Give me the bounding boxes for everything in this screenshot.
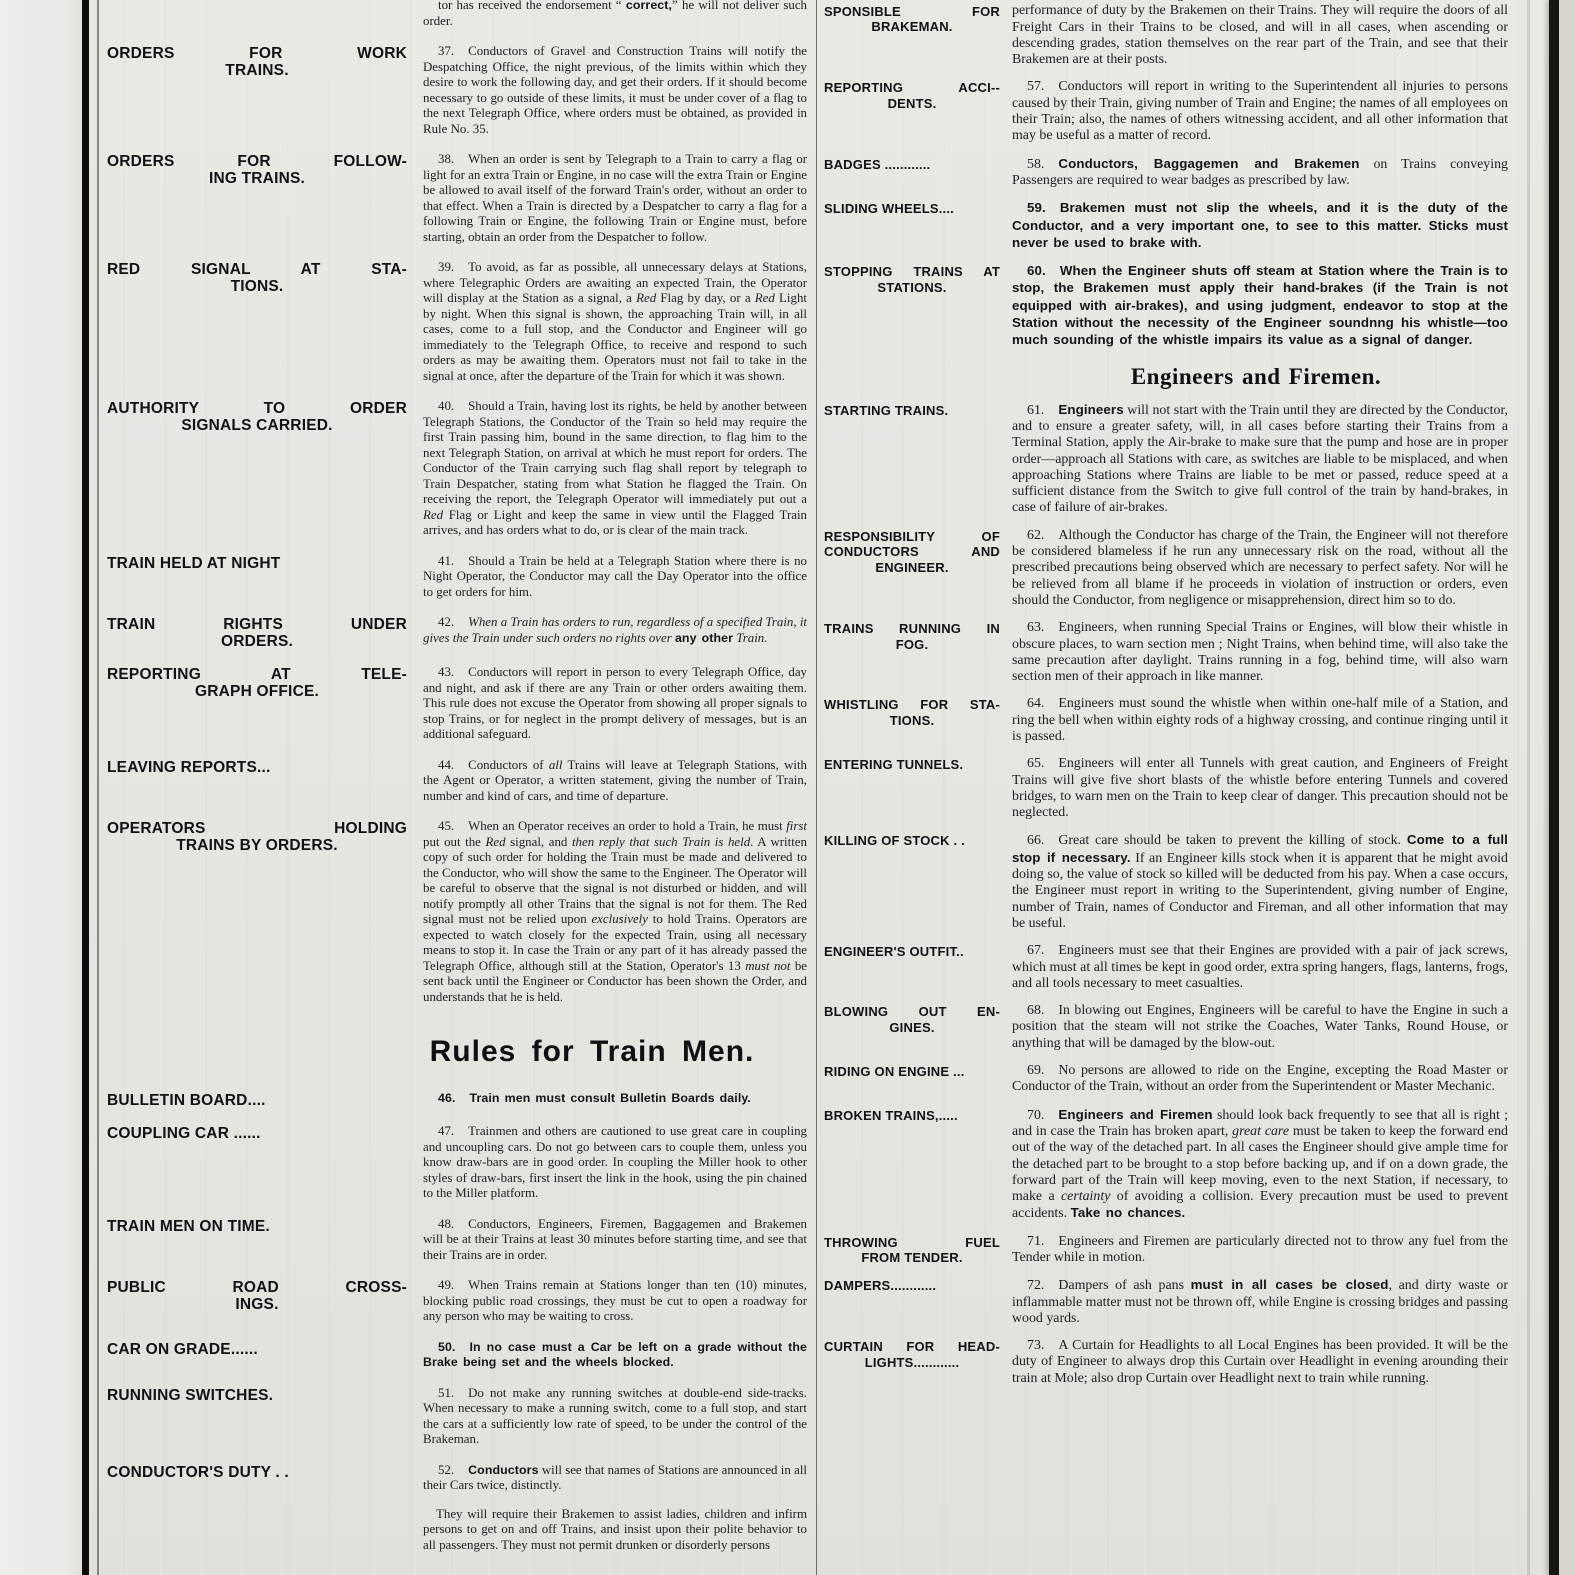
rule-row: AUTHORITY TO ORDERSIGNALS CARRIED. 40.Sh…: [107, 399, 807, 539]
rule-paragraph: 44.Conductors of all Trains will leave a…: [423, 758, 807, 805]
text-segment: Conductors will report in writing to the…: [1012, 79, 1508, 143]
rule-row: KILLING OF STOCK . . 66.Great care shoul…: [824, 832, 1508, 932]
rule-label-line: FROM TENDER.: [824, 1250, 1000, 1266]
rule-margin-label: KILLING OF STOCK . .: [824, 832, 1000, 932]
text-segment: signal, and: [506, 835, 572, 849]
rule-number: 43.: [438, 665, 454, 679]
rule-text: 64.Engineers must sound the whistle when…: [1012, 696, 1508, 745]
text-segment: Flag or Light and keep the same in view …: [423, 508, 807, 538]
rule-text: 41.Should a Train be held at a Telegraph…: [423, 554, 807, 601]
rule-row: TRAIN MEN ON TIME. 48.Conductors, Engine…: [107, 1217, 807, 1264]
text-segment: all: [549, 758, 563, 772]
rule-text: 70.Engineers and Firemen should look bac…: [1012, 1107, 1508, 1223]
rule-number: 56.: [1027, 0, 1044, 2]
rule-label-line: TIONS.: [824, 713, 1000, 729]
text-segment: Conductors of Freight Trains will be hel…: [1012, 0, 1508, 67]
text-segment: must not: [745, 959, 790, 973]
rule-paragraph: 72.Dampers of ash pans must in all cases…: [1012, 1277, 1508, 1327]
rule-text: 68.In blowing out Engines, Engineers wil…: [1012, 1003, 1508, 1052]
rule-paragraph: 48.Conductors, Engineers, Firemen, Bagga…: [423, 1217, 807, 1264]
rule-label-line: RUNNING SWITCHES.: [107, 1387, 407, 1404]
rule-paragraph: tor has received the endorsement “ corre…: [423, 0, 807, 29]
rule-text: 62.Although the Conductor has charge of …: [1012, 528, 1508, 609]
rule-label-line: SIGNALS CARRIED.: [107, 417, 407, 434]
rule-label-line: ORDERS FOR FOLLOW-: [107, 153, 407, 170]
text-segment: In no case must a Car be left on a grade…: [423, 1340, 807, 1370]
rule-text: 71.Engineers and Firemen are particularl…: [1012, 1234, 1508, 1267]
rule-number: 47.: [438, 1124, 454, 1138]
rule-number: 69.: [1027, 1063, 1044, 1078]
rule-paragraph: 58.Conductors, Baggagemen and Brakemen o…: [1012, 156, 1508, 190]
rule-paragraph: 59.Brakemen must not slip the wheels, an…: [1012, 200, 1508, 252]
rule-row: TRAIN HELD AT NIGHT 41.Should a Train be…: [107, 554, 807, 601]
left-border-rule: [82, 0, 89, 1575]
text-segment: tor has received the endorsement “: [438, 0, 626, 12]
rule-text: 43.Conductors will report in person to e…: [423, 665, 807, 743]
rule-margin-label: STARTING TRAINS.: [824, 402, 1000, 517]
rule-label-line: OPERATORS HOLDING: [107, 820, 407, 837]
rule-label-line: ORDERS FOR WORK: [107, 45, 407, 62]
text-segment: great care: [1232, 1124, 1289, 1139]
rule-row: THROWING FUELFROM TENDER. 71.Engineers a…: [824, 1234, 1508, 1267]
rule-label-line: CONDUCTORS RE-: [824, 0, 1000, 4]
rule-margin-label: LEAVING REPORTS...: [107, 758, 407, 805]
rule-row: BLOWING OUT EN-GINES. 68.In blowing out …: [824, 1003, 1508, 1052]
rule-margin-label: STOPPING TRAINS ATSTATIONS.: [824, 263, 1000, 349]
rule-label-line: REPORTING ACCI--: [824, 80, 1000, 96]
text-segment: Although the Conductor has charge of the…: [1012, 528, 1508, 608]
rule-margin-label: TRAIN HELD AT NIGHT: [107, 554, 407, 601]
text-segment: Engineers, when running Special Trains o…: [1012, 620, 1508, 684]
rule-row: STOPPING TRAINS ATSTATIONS. 60.When the …: [824, 263, 1508, 349]
rule-label-line: THROWING FUEL: [824, 1235, 1000, 1251]
text-segment: will not start with the Train until they…: [1012, 403, 1508, 516]
rule-label-line: STOPPING TRAINS AT: [824, 264, 1000, 280]
rule-margin-label: BROKEN TRAINS,.....: [824, 1107, 1000, 1223]
rule-label-line: LIGHTS............: [824, 1355, 1000, 1371]
rule-row: PUBLIC ROAD CROSS-INGS. 49.When Trains r…: [107, 1278, 807, 1325]
rule-text: 67.Engineers must see that their Engines…: [1012, 943, 1508, 992]
text-segment: Engineers: [1058, 402, 1123, 417]
rule-number: 38.: [438, 152, 454, 166]
rule-paragraph: 65.Engineers will enter all Tunnels with…: [1012, 756, 1508, 821]
rule-text: 59.Brakemen must not slip the wheels, an…: [1012, 200, 1508, 252]
rule-label-line: AUTHORITY TO ORDER: [107, 400, 407, 417]
text-segment: Brakemen must not slip the wheels, and i…: [1012, 200, 1508, 250]
rule-label-line: RED SIGNAL AT STA-: [107, 261, 407, 278]
text-segment: When Trains remain at Stations longer th…: [423, 1278, 807, 1323]
rule-paragraph: 39.To avoid, as far as possible, all unn…: [423, 260, 807, 384]
rule-margin-label: ORDERS FOR WORKTRAINS.: [107, 44, 407, 137]
text-segment: In blowing out Engines, Engineers will b…: [1012, 1003, 1508, 1051]
rule-number: 59.: [1027, 200, 1046, 215]
rule-label-line: CONDUCTORS AND: [824, 544, 1000, 560]
rule-label-line: SLIDING WHEELS....: [824, 201, 1000, 217]
rule-paragraph: 63.Engineers, when running Special Train…: [1012, 620, 1508, 685]
rule-paragraph: 66.Great care should be taken to prevent…: [1012, 832, 1508, 932]
rule-number: 73.: [1027, 1338, 1044, 1353]
rule-number: 71.: [1027, 1234, 1044, 1249]
right-scan-margin: [1559, 0, 1575, 1575]
rule-label-line: TRAINS BY ORDERS.: [107, 837, 407, 854]
rule-paragraph: 52.Conductors will see that names of Sta…: [423, 1463, 807, 1494]
rule-row: BULLETIN BOARD.... 46.Train men must con…: [107, 1091, 807, 1109]
rule-paragraph: 61.Engineers will not start with the Tra…: [1012, 402, 1508, 517]
rule-text: 47.Trainmen and others are cautioned to …: [423, 1124, 807, 1202]
rule-margin-label: RIDING ON ENGINE ...: [824, 1063, 1000, 1096]
rule-label-line: WHISTLING FOR STA-: [824, 697, 1000, 713]
rule-margin-label: ENTERING TUNNELS.: [824, 756, 1000, 821]
rule-margin-label: ORDERS FOR FOLLOW-ING TRAINS.: [107, 152, 407, 245]
rule-number: 63.: [1027, 620, 1044, 635]
text-segment: Trainmen and others are cautioned to use…: [423, 1124, 807, 1200]
rule-paragraph: 45.When an Operator receives an order to…: [423, 819, 807, 1005]
text-segment: Red: [636, 291, 656, 305]
rule-paragraph: 56.Conductors of Freight Trains will be …: [1012, 0, 1508, 68]
rule-label-line: ENTERING TUNNELS.: [824, 757, 1000, 773]
rule-text: 73.A Curtain for Headlights to all Local…: [1012, 1338, 1508, 1387]
rule-row: ORDERS FOR FOLLOW-ING TRAINS. 38.When an…: [107, 152, 807, 245]
text-segment: They will require their Brakemen to assi…: [423, 1507, 807, 1552]
rule-number: 39.: [438, 260, 454, 274]
rule-paragraph: 40.Should a Train, having lost its right…: [423, 399, 807, 539]
rule-paragraph: 70.Engineers and Firemen should look bac…: [1012, 1107, 1508, 1223]
rule-label-line: BRAKEMAN.: [824, 19, 1000, 35]
rule-label-line: SPONSIBLE FOR: [824, 4, 1000, 20]
rule-paragraph: 67.Engineers must see that their Engines…: [1012, 943, 1508, 992]
rule-number: 48.: [438, 1217, 454, 1231]
rule-paragraph: 46.Train men must consult Bulletin Board…: [423, 1091, 807, 1107]
text-segment: Conductors: [468, 1463, 538, 1477]
rule-label-line: TRAIN HELD AT NIGHT: [107, 555, 407, 572]
text-segment: Conductors, Baggagemen and Brakemen: [1058, 156, 1359, 171]
text-segment: No persons are allowed to ride on the En…: [1012, 1063, 1508, 1094]
rule-row: RUNNING SWITCHES. 51.Do not make any run…: [107, 1386, 807, 1448]
rule-text: 39.To avoid, as far as possible, all unn…: [423, 260, 807, 384]
left-column: tor has received the endorsement “ corre…: [107, 0, 807, 1568]
rule-text: 66.Great care should be taken to prevent…: [1012, 832, 1508, 932]
rule-paragraph: 37.Conductors of Gravel and Construction…: [423, 44, 807, 137]
rule-label-line: RESPONSIBILITY OF: [824, 529, 1000, 545]
rule-margin-label: THROWING FUELFROM TENDER.: [824, 1234, 1000, 1267]
rule-paragraph: 49.When Trains remain at Stations longer…: [423, 1278, 807, 1325]
rule-number: 61.: [1027, 403, 1044, 418]
rule-text: 61.Engineers will not start with the Tra…: [1012, 402, 1508, 517]
rule-number: 60.: [1027, 263, 1046, 278]
rule-paragraph: 51.Do not make any running switches at d…: [423, 1386, 807, 1448]
rule-margin-label: REPORTING ACCI--DENTS.: [824, 79, 1000, 144]
text-segment: Red: [423, 508, 443, 522]
rule-row: CONDUCTOR'S DUTY . . 52.Conductors will …: [107, 1463, 807, 1554]
rule-number: 52.: [438, 1463, 454, 1477]
text-segment: first: [786, 819, 807, 833]
left-border-thin-rule: [97, 0, 99, 1575]
text-segment: Engineers must see that their Engines ar…: [1012, 943, 1508, 991]
rule-text: 44.Conductors of all Trains will leave a…: [423, 758, 807, 805]
rule-text: 45.When an Operator receives an order to…: [423, 819, 807, 1005]
rule-text: 49.When Trains remain at Stations longer…: [423, 1278, 807, 1325]
rule-label-line: FOG.: [824, 637, 1000, 653]
rule-label-line: TRAIN MEN ON TIME.: [107, 1218, 407, 1235]
right-page-crease: [1527, 0, 1530, 1575]
rule-row: OPERATORS HOLDINGTRAINS BY ORDERS. 45.Wh…: [107, 819, 807, 1005]
rule-text: 46.Train men must consult Bulletin Board…: [423, 1091, 807, 1109]
rule-number: 46.: [438, 1091, 456, 1105]
section-heading: Rules for Train Men.: [107, 1035, 807, 1069]
rule-margin-label: TRAIN MEN ON TIME.: [107, 1217, 407, 1264]
rule-label-line: LEAVING REPORTS...: [107, 759, 407, 776]
rule-margin-label: PUBLIC ROAD CROSS-INGS.: [107, 1278, 407, 1325]
rule-row: ORDERS FOR WORKTRAINS. 37.Conductors of …: [107, 44, 807, 137]
rule-row: RESPONSIBILITY OFCONDUCTORS ANDENGINEER.…: [824, 528, 1508, 609]
rule-margin-label: RUNNING SWITCHES.: [107, 1386, 407, 1448]
text-segment: Train.: [733, 631, 767, 645]
section-heading: Engineers and Firemen.: [824, 364, 1508, 390]
rule-margin-label: RESPONSIBILITY OFCONDUCTORS ANDENGINEER.: [824, 528, 1000, 609]
rule-label-line: TRAINS RUNNING IN: [824, 621, 1000, 637]
rule-row: BADGES ............ 58.Conductors, Bagga…: [824, 156, 1508, 190]
text-segment: Engineers and Firemen: [1058, 1107, 1212, 1122]
rule-paragraph: 41.Should a Train be held at a Telegraph…: [423, 554, 807, 601]
rule-text: 50.In no case must a Car be left on a gr…: [423, 1340, 807, 1371]
rule-label-line: BADGES ............: [824, 157, 1000, 173]
rule-margin-label: TRAIN RIGHTS UNDERORDERS.: [107, 615, 407, 650]
rule-text: 58.Conductors, Baggagemen and Brakemen o…: [1012, 156, 1508, 190]
text-segment: Great care should be taken to prevent th…: [1058, 833, 1406, 848]
rule-label-line: STATIONS.: [824, 280, 1000, 296]
rule-margin-label: REPORTING AT TELE-GRAPH OFFICE.: [107, 665, 407, 743]
rule-label-line: PUBLIC ROAD CROSS-: [107, 1279, 407, 1296]
right-border-rule: [1549, 0, 1559, 1575]
text-segment: Flag by day, or a: [656, 291, 755, 305]
rule-text: tor has received the endorsement “ corre…: [423, 0, 807, 29]
rule-label-line: CAR ON GRADE......: [107, 1341, 407, 1358]
rule-paragraph: 50.In no case must a Car be left on a gr…: [423, 1340, 807, 1371]
text-segment: Engineers must sound the whistle when wi…: [1012, 696, 1508, 744]
rule-number: 51.: [438, 1386, 454, 1400]
text-segment: When an Operator receives an order to ho…: [468, 819, 786, 833]
rule-label-line: ENGINEER.: [824, 560, 1000, 576]
text-segment: Take no chances.: [1071, 1205, 1186, 1220]
rule-row: COUPLING CAR ...... 47.Trainmen and othe…: [107, 1124, 807, 1202]
text-segment: Should a Train, having lost its rights, …: [423, 399, 807, 506]
rule-paragraph: 73.A Curtain for Headlights to all Local…: [1012, 1338, 1508, 1387]
text-segment: Red: [755, 291, 775, 305]
rule-number: 66.: [1027, 833, 1044, 848]
rule-text: 60.When the Engineer shuts off steam at …: [1012, 263, 1508, 349]
rule-paragraph: 62.Although the Conductor has charge of …: [1012, 528, 1508, 609]
rule-text: 72.Dampers of ash pans must in all cases…: [1012, 1277, 1508, 1327]
rule-number: 40.: [438, 399, 454, 413]
rule-row: RED SIGNAL AT STA-TIONS. 39.To avoid, as…: [107, 260, 807, 384]
rule-text: 57.Conductors will report in writing to …: [1012, 79, 1508, 144]
rule-label-line: RIDING ON ENGINE ...: [824, 1064, 1000, 1080]
rule-label-line: KILLING OF STOCK . .: [824, 833, 1000, 849]
text-segment: any other: [675, 631, 733, 645]
text-segment: Conductors will report in person to ever…: [423, 665, 807, 741]
rule-number: 41.: [438, 554, 454, 568]
rule-label-line: ENGINEER'S OUTFIT..: [824, 944, 1000, 960]
rule-margin-label: DAMPERS............: [824, 1277, 1000, 1327]
text-segment: Engineers will enter all Tunnels with gr…: [1012, 756, 1508, 820]
text-segment: then reply that such Train is held: [572, 835, 750, 849]
rule-row: SLIDING WHEELS.... 59.Brakemen must not …: [824, 200, 1508, 252]
rule-number: 64.: [1027, 696, 1044, 711]
rule-paragraph: 42.When a Train has orders to run, regar…: [423, 615, 807, 646]
text-segment: Train men must consult Bulletin Boards d…: [470, 1091, 751, 1105]
rule-text: 42.When a Train has orders to run, regar…: [423, 615, 807, 650]
text-segment: A Curtain for Headlights to all Local En…: [1012, 1338, 1508, 1386]
rule-paragraph: 68.In blowing out Engines, Engineers wil…: [1012, 1003, 1508, 1052]
rule-text: 52.Conductors will see that names of Sta…: [423, 1463, 807, 1554]
rule-margin-label: TRAINS RUNNING INFOG.: [824, 620, 1000, 685]
rule-row: TRAINS RUNNING INFOG. 63.Engineers, when…: [824, 620, 1508, 685]
rule-row: CONDUCTORS RE-SPONSIBLE FORBRAKEMAN. 56.…: [824, 0, 1508, 68]
column-divider-rule: [816, 0, 817, 1575]
text-segment: must in all cases be closed: [1191, 1277, 1389, 1292]
right-column: CONDUCTORS RE-SPONSIBLE FORBRAKEMAN. 56.…: [824, 0, 1508, 1398]
rule-label-line: CURTAIN FOR HEAD-: [824, 1339, 1000, 1355]
rule-row: TRAIN RIGHTS UNDERORDERS. 42.When a Trai…: [107, 615, 807, 650]
scanned-rulebook-page: tor has received the endorsement “ corre…: [0, 0, 1575, 1575]
rule-number: 72.: [1027, 1278, 1044, 1293]
text-segment: certainty: [1061, 1189, 1110, 1204]
rule-paragraph: 47.Trainmen and others are cautioned to …: [423, 1124, 807, 1202]
rule-paragraph: 57.Conductors will report in writing to …: [1012, 79, 1508, 144]
rule-text: 69.No persons are allowed to ride on the…: [1012, 1063, 1508, 1096]
rule-label-line: GINES.: [824, 1020, 1000, 1036]
rule-label-line: STARTING TRAINS.: [824, 403, 1000, 419]
rule-paragraph: 71.Engineers and Firemen are particularl…: [1012, 1234, 1508, 1267]
rule-text: 56.Conductors of Freight Trains will be …: [1012, 0, 1508, 68]
rule-label-line: GRAPH OFFICE.: [107, 683, 407, 700]
rule-paragraph: 38.When an order is sent by Telegraph to…: [423, 152, 807, 245]
rule-margin-label: AUTHORITY TO ORDERSIGNALS CARRIED.: [107, 399, 407, 539]
rule-number: 67.: [1027, 943, 1044, 958]
rule-row: RIDING ON ENGINE ... 69.No persons are a…: [824, 1063, 1508, 1096]
rule-row: ENGINEER'S OUTFIT.. 67.Engineers must se…: [824, 943, 1508, 992]
rule-row: REPORTING AT TELE-GRAPH OFFICE. 43.Condu…: [107, 665, 807, 743]
rule-number: 50.: [438, 1340, 456, 1354]
rule-margin-label: BADGES ............: [824, 156, 1000, 190]
rule-label-line: CONDUCTOR'S DUTY . .: [107, 1464, 407, 1481]
rule-label-line: BLOWING OUT EN-: [824, 1004, 1000, 1020]
text-segment: When an order is sent by Telegraph to a …: [423, 152, 807, 244]
text-segment: Do not make any running switches at doub…: [423, 1386, 807, 1447]
rule-margin-label: CAR ON GRADE......: [107, 1340, 407, 1371]
rule-label-line: BROKEN TRAINS,.....: [824, 1108, 1000, 1124]
rule-margin-label: CONDUCTORS RE-SPONSIBLE FORBRAKEMAN.: [824, 0, 1000, 68]
rule-margin-label: WHISTLING FOR STA-TIONS.: [824, 696, 1000, 745]
rule-paragraph: 60.When the Engineer shuts off steam at …: [1012, 263, 1508, 349]
rule-row: DAMPERS............ 72.Dampers of ash pa…: [824, 1277, 1508, 1327]
text-segment: When the Engineer shuts off steam at Sta…: [1012, 263, 1508, 347]
rule-paragraph: They will require their Brakemen to assi…: [423, 1507, 807, 1554]
rule-number: 62.: [1027, 528, 1044, 543]
text-segment: correct,: [626, 0, 672, 12]
rule-margin-label: [107, 0, 407, 29]
rule-text: 38.When an order is sent by Telegraph to…: [423, 152, 807, 245]
rule-row: LEAVING REPORTS... 44.Conductors of all …: [107, 758, 807, 805]
rule-margin-label: CURTAIN FOR HEAD-LIGHTS............: [824, 1338, 1000, 1387]
rule-row: tor has received the endorsement “ corre…: [107, 0, 807, 29]
rule-text: 48.Conductors, Engineers, Firemen, Bagga…: [423, 1217, 807, 1264]
rule-number: 49.: [438, 1278, 454, 1292]
rule-paragraph: 43.Conductors will report in person to e…: [423, 665, 807, 743]
text-segment: put out the: [423, 835, 485, 849]
text-segment: Engineers and Firemen are particularly d…: [1012, 1234, 1508, 1265]
rule-label-line: ING TRAINS.: [107, 170, 407, 187]
rule-margin-label: CONDUCTOR'S DUTY . .: [107, 1463, 407, 1554]
rule-row: ENTERING TUNNELS. 65.Engineers will ente…: [824, 756, 1508, 821]
rule-paragraph: 64.Engineers must sound the whistle when…: [1012, 696, 1508, 745]
rule-margin-label: SLIDING WHEELS....: [824, 200, 1000, 252]
rule-label-line: TIONS.: [107, 278, 407, 295]
rule-margin-label: OPERATORS HOLDINGTRAINS BY ORDERS.: [107, 819, 407, 1005]
rule-number: 65.: [1027, 756, 1044, 771]
rule-row: CURTAIN FOR HEAD-LIGHTS............ 73.A…: [824, 1338, 1508, 1387]
rule-text: 40.Should a Train, having lost its right…: [423, 399, 807, 539]
rule-text: 51.Do not make any running switches at d…: [423, 1386, 807, 1448]
rule-label-line: TRAIN RIGHTS UNDER: [107, 616, 407, 633]
rule-label-line: BULLETIN BOARD....: [107, 1092, 407, 1109]
rule-margin-label: BULLETIN BOARD....: [107, 1091, 407, 1109]
rule-margin-label: RED SIGNAL AT STA-TIONS.: [107, 260, 407, 384]
rule-paragraph: 69.No persons are allowed to ride on the…: [1012, 1063, 1508, 1096]
rule-label-line: REPORTING AT TELE-: [107, 666, 407, 683]
rule-margin-label: ENGINEER'S OUTFIT..: [824, 943, 1000, 992]
rule-margin-label: COUPLING CAR ......: [107, 1124, 407, 1202]
rule-row: CAR ON GRADE...... 50.In no case must a …: [107, 1340, 807, 1371]
rule-label-line: TRAINS.: [107, 62, 407, 79]
text-segment: Should a Train be held at a Telegraph St…: [423, 554, 807, 599]
rule-margin-label: BLOWING OUT EN-GINES.: [824, 1003, 1000, 1052]
rule-row: REPORTING ACCI--DENTS. 57.Conductors wil…: [824, 79, 1508, 144]
text-segment: Dampers of ash pans: [1058, 1278, 1190, 1293]
left-scan-margin: [0, 0, 82, 1575]
rule-number: 42.: [438, 615, 454, 629]
text-segment: Conductors, Engineers, Firemen, Baggagem…: [423, 1217, 807, 1262]
rule-number: 68.: [1027, 1003, 1044, 1018]
rule-number: 44.: [438, 758, 454, 772]
text-segment: Conductors of Gravel and Construction Tr…: [423, 44, 807, 136]
rule-number: 45.: [438, 819, 454, 833]
rule-label-line: INGS.: [107, 1296, 407, 1313]
text-segment: exclusively: [591, 912, 648, 926]
rule-text: 37.Conductors of Gravel and Construction…: [423, 44, 807, 137]
rule-row: STARTING TRAINS. 61.Engineers will not s…: [824, 402, 1508, 517]
rule-label-line: DENTS.: [824, 96, 1000, 112]
rule-label-line: COUPLING CAR ......: [107, 1125, 407, 1142]
rule-row: BROKEN TRAINS,..... 70.Engineers and Fir…: [824, 1107, 1508, 1223]
rule-number: 37.: [438, 44, 454, 58]
text-segment: Red: [485, 835, 505, 849]
text-segment: Conductors of: [468, 758, 549, 772]
rule-number: 70.: [1027, 1108, 1044, 1123]
rule-row: WHISTLING FOR STA-TIONS. 64.Engineers mu…: [824, 696, 1508, 745]
rule-number: 58.: [1027, 157, 1044, 172]
rule-text: 63.Engineers, when running Special Train…: [1012, 620, 1508, 685]
rule-number: 57.: [1027, 79, 1044, 94]
rule-label-line: DAMPERS............: [824, 1278, 1000, 1294]
rule-text: 65.Engineers will enter all Tunnels with…: [1012, 756, 1508, 821]
rule-label-line: ORDERS.: [107, 633, 407, 650]
